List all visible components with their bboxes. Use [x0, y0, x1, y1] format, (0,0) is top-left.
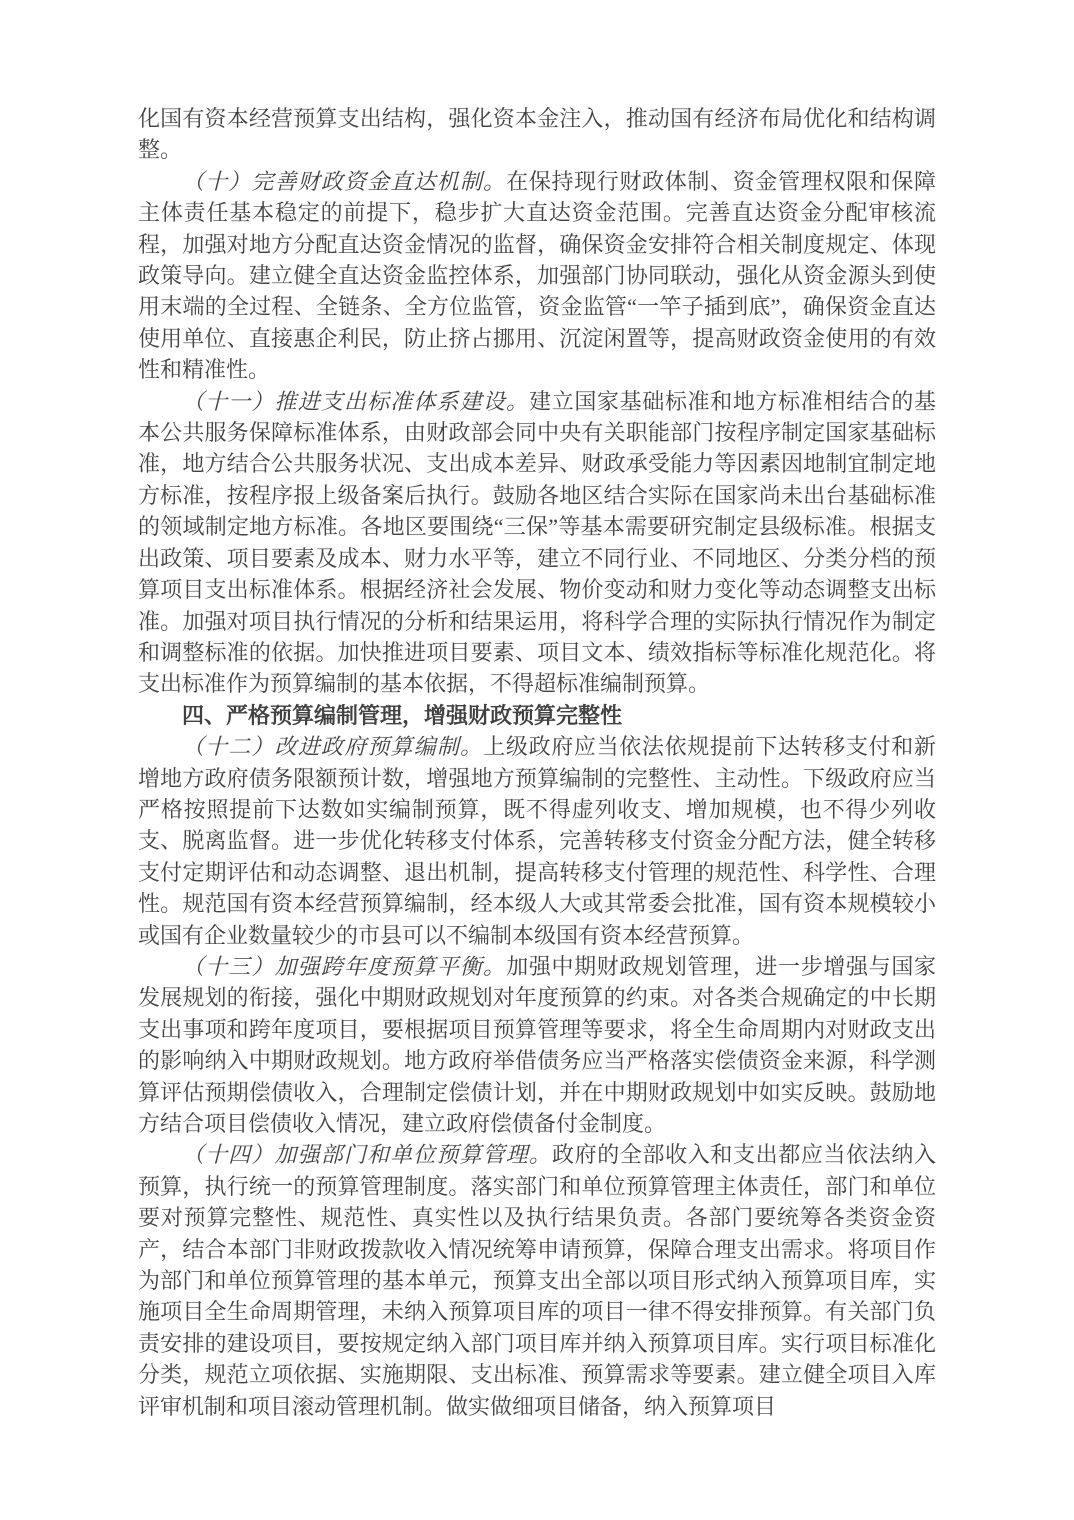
section-heading-part-4: 四、严格预算编制管理，增强财政预算完整性 [138, 700, 936, 731]
clause-body-14: 政府的全部收入和支出都应当依法纳入预算，执行统一的预算管理制度。落实部门和单位预… [138, 1142, 936, 1418]
clause-lead-11: （十一）推进支出标准体系建设。 [182, 389, 529, 414]
clause-paragraph-13: （十三）加强跨年度预算平衡。加强中期财政规划管理，进一步增强与国家发展规划的衔接… [138, 951, 936, 1139]
clause-body-12: 上级政府应当依法依规提前下达转移支付和新增地方政府债务限额预计数，增强地方预算编… [138, 734, 936, 947]
clause-body-13: 加强中期财政规划管理，进一步增强与国家发展规划的衔接，强化中期财政规划对年度预算… [138, 954, 936, 1136]
clause-lead-10: （十）完善财政资金直达机制。 [182, 169, 506, 194]
clause-lead-12: （十二）改进政府预算编制。 [182, 734, 483, 759]
paragraph-continuation: 化国有资本经营预算支出结构，强化资本金注入，推动国有经济布局优化和结构调整。 [138, 103, 936, 166]
clause-paragraph-14: （十四）加强部门和单位预算管理。政府的全部收入和支出都应当依法纳入预算，执行统一… [138, 1139, 936, 1422]
document-page: 化国有资本经营预算支出结构，强化资本金注入，推动国有经济布局优化和结构调整。 （… [138, 103, 936, 1422]
clause-paragraph-10: （十）完善财政资金直达机制。在保持现行财政体制、资金管理权限和保障主体责任基本稳… [138, 166, 936, 386]
clause-lead-14: （十四）加强部门和单位预算管理。 [182, 1142, 552, 1167]
clause-body-10: 在保持现行财政体制、资金管理权限和保障主体责任基本稳定的前提下，稳步扩大直达资金… [138, 169, 936, 382]
clause-paragraph-12: （十二）改进政府预算编制。上级政府应当依法依规提前下达转移支付和新增地方政府债务… [138, 731, 936, 951]
clause-paragraph-11: （十一）推进支出标准体系建设。建立国家基础标准和地方标准相结合的基本公共服务保障… [138, 386, 936, 700]
clause-body-11: 建立国家基础标准和地方标准相结合的基本公共服务保障标准体系，由财政部会同中央有关… [138, 389, 936, 697]
clause-lead-13: （十三）加强跨年度预算平衡。 [182, 954, 506, 979]
